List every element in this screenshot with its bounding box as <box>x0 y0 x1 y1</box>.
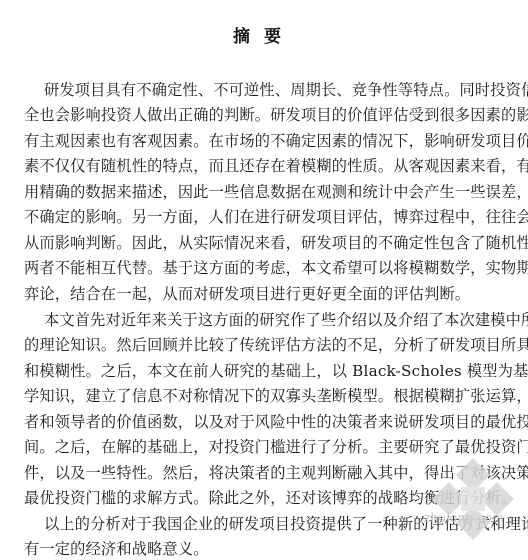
text-line: 全也会影响投资人做出正确的判断。研发项目的价值评估受到很多因素的影响，其中既 <box>24 105 528 125</box>
zhulong-logo-icon <box>432 458 514 540</box>
text-line: 用精确的数据来描述，因此一些信息数据在观测和统计中会产生一些误差，从而产生了 <box>24 182 528 202</box>
text-line: 两者不能相互代替。基于这方面的考虑，本文希望可以将模糊数学，实物期权理论和博 <box>24 258 528 278</box>
text-line: 的理论知识。然后回顾并比较了传统评估方法的不足，分析了研发项目所具有的期权性 <box>24 335 528 355</box>
text-line: 素不仅仅有随机性的特点，而且还存在着模糊的性质。从客观因素来看，有些变量不能 <box>24 156 528 176</box>
page-title: 摘要 <box>0 22 528 47</box>
text-line: 和模糊性。之后，本文在前人研究的基础上，以 Black-Scholes 模型为基… <box>24 361 528 381</box>
text-line: 不确定的影响。另一方面，人们在进行研发项目评估，博弈过程中，往往会带有主观性， <box>24 207 528 227</box>
text-line: 有主观因素也有客观因素。在市场的不确定因素的情况下，影响研发项目价值判断的因 <box>24 131 528 151</box>
text-line: 有一定的经济和战略意义。 <box>24 539 209 559</box>
text-line: 间。之后，在解的基础上，对投资门槛进行了分析。主要研究了最优投资门槛存在的条 <box>24 437 528 457</box>
text-line: 者和领导者的价值函数，以及对于风险中性的决策者来说研发项目的最优投资门槛的区 <box>24 412 528 432</box>
text-line: 学知识，建立了信息不对称情况下的双寡头垄断模型。根据模糊扩张运算，得出了追随 <box>24 386 528 406</box>
text-line: 从而影响判断。因此，从实际情况来看，研发项目的不确定性包含了随机性和模糊性， <box>24 233 528 253</box>
watermark-text: zhulong.com <box>424 511 504 525</box>
text-line: 本文首先对近年来关于这方面的研究作了些介绍以及介绍了本次建模中所需要用到 <box>44 310 528 330</box>
text-line: 弈论，结合在一起，从而对研发项目进行更好更全面的评估判断。 <box>24 284 470 304</box>
text-line: 研发项目具有不确定性、不可逆性、周期长、竞争性等特点。同时投资信息的不完 <box>44 80 528 100</box>
